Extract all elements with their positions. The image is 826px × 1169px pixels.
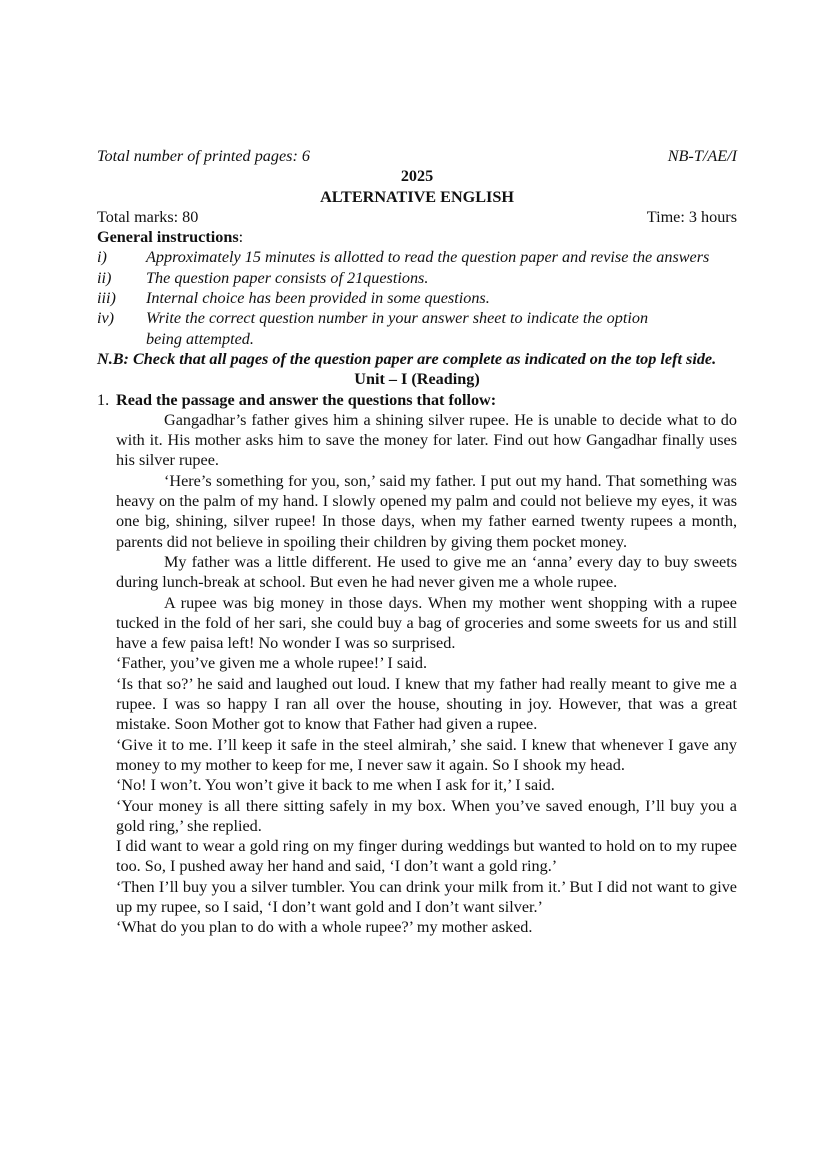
passage-paragraph: My father was a little different. He use… xyxy=(116,552,737,593)
subject-title: ALTERNATIVE ENGLISH xyxy=(97,187,737,207)
passage-paragraph: ‘No! I won’t. You won’t give it back to … xyxy=(116,775,737,795)
instruction-item: i) Approximately 15 minutes is allotted … xyxy=(97,247,737,267)
passage-paragraph: ‘Here’s something for you, son,’ said my… xyxy=(116,471,737,552)
page-header: Total number of printed pages: 6 NB-T/AE… xyxy=(97,146,737,166)
passage-paragraph: I did want to wear a gold ring on my fin… xyxy=(116,836,737,877)
passage-paragraph: ‘Give it to me. I’ll keep it safe in the… xyxy=(116,735,737,776)
reading-passage: Gangadhar’s father gives him a shining s… xyxy=(116,410,737,938)
instruction-item: iii) Internal choice has been provided i… xyxy=(97,288,737,308)
marks-time-row: Total marks: 80 Time: 3 hours xyxy=(97,207,737,227)
passage-paragraph: ‘What do you plan to do with a whole rup… xyxy=(116,917,737,937)
total-marks: Total marks: 80 xyxy=(97,207,198,227)
passage-paragraph: A rupee was big money in those days. Whe… xyxy=(116,593,737,654)
instruction-item: iv) Write the correct question number in… xyxy=(97,308,737,328)
instruction-number: ii) xyxy=(97,268,146,288)
instruction-number: iv) xyxy=(97,308,146,328)
passage-paragraph: Gangadhar’s father gives him a shining s… xyxy=(116,410,737,471)
time-allowed: Time: 3 hours xyxy=(647,207,737,227)
question-prompt: Read the passage and answer the question… xyxy=(116,390,496,410)
instruction-continuation: being attempted. xyxy=(97,329,737,349)
instruction-text: The question paper consists of 21questio… xyxy=(146,268,428,288)
instruction-item: ii) The question paper consists of 21que… xyxy=(97,268,737,288)
paper-code: NB-T/AE/I xyxy=(668,146,737,166)
question-number: 1. xyxy=(97,390,116,410)
passage-paragraph: ‘Father, you’ve given me a whole rupee!’… xyxy=(116,653,737,673)
passage-paragraph: ‘Your money is all there sitting safely … xyxy=(116,796,737,837)
instructions-list: i) Approximately 15 minutes is allotted … xyxy=(97,247,737,348)
instruction-text: Internal choice has been provided in som… xyxy=(146,288,490,308)
instruction-number: iii) xyxy=(97,288,146,308)
printed-pages-label: Total number of printed pages: 6 xyxy=(97,146,310,166)
unit-title: Unit – I (Reading) xyxy=(97,369,737,389)
exam-year: 2025 xyxy=(97,166,737,186)
passage-paragraph: ‘Then I’ll buy you a silver tumbler. You… xyxy=(116,877,737,918)
instructions-title: General instructions xyxy=(97,228,239,246)
passage-paragraph: ‘Is that so?’ he said and laughed out lo… xyxy=(116,674,737,735)
instruction-number: i) xyxy=(97,247,146,267)
instructions-colon: : xyxy=(239,228,244,246)
instruction-text: Write the correct question number in you… xyxy=(146,308,648,328)
question-paper-page: Total number of printed pages: 6 NB-T/AE… xyxy=(97,146,737,938)
instructions-heading: General instructions: xyxy=(97,227,737,247)
nb-note: N.B: Check that all pages of the questio… xyxy=(97,349,737,369)
question-1-heading: 1. Read the passage and answer the quest… xyxy=(97,390,737,410)
instruction-text: Approximately 15 minutes is allotted to … xyxy=(146,247,709,267)
